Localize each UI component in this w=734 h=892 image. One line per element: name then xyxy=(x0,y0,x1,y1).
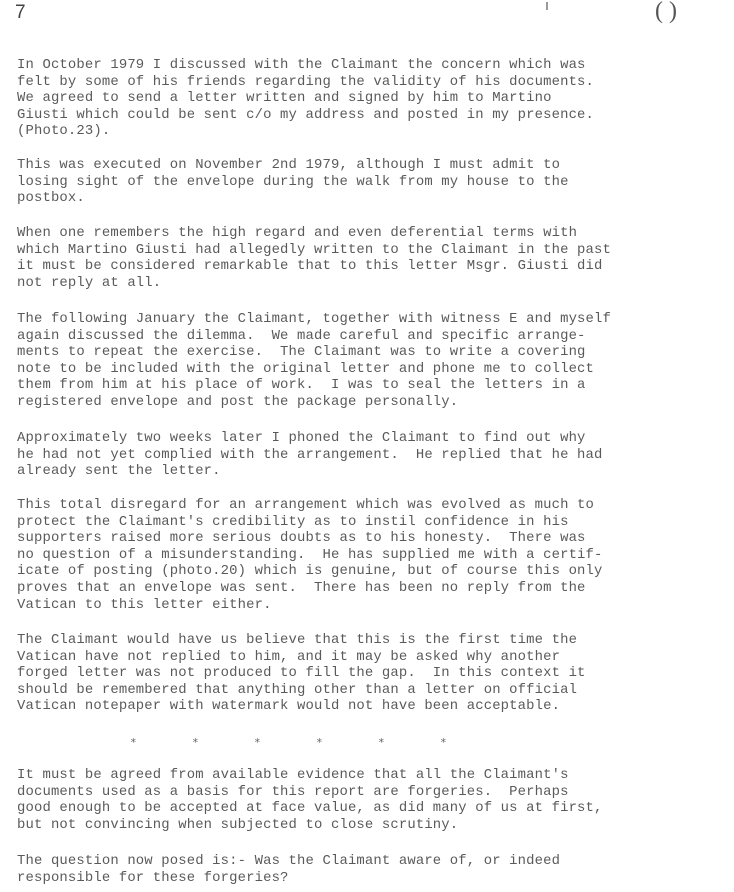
paragraph-total-disregard: This total disregard for an arrangement … xyxy=(17,497,603,613)
paragraph-following-january: The following January the Claimant, toge… xyxy=(17,311,611,411)
paragraph-vatican-not-replied: The Claimant would have us believe that … xyxy=(17,632,586,715)
paragraph-letter-to-giusti: In October 1979 I discussed with the Cla… xyxy=(17,57,594,140)
separator-star: * xyxy=(316,736,378,749)
separator-star: * xyxy=(378,736,440,749)
separator-star: * xyxy=(440,736,502,749)
separator-star: * xyxy=(192,736,254,749)
paragraph-two-weeks-later: Approximately two weeks later I phoned t… xyxy=(17,430,603,480)
paragraph-executed-november: This was executed on November 2nd 1979, … xyxy=(17,157,569,207)
typed-document-page: 7 () In October 1979 I discussed with th… xyxy=(0,0,734,892)
paragraph-forgeries-evidence: It must be agreed from available evidenc… xyxy=(17,767,603,833)
paragraph-question-posed: The question now posed is:- Was the Clai… xyxy=(17,853,560,886)
margin-mark xyxy=(546,2,548,10)
page-number: 7 xyxy=(15,2,26,24)
section-separator-stars: ****** xyxy=(130,736,502,749)
separator-star: * xyxy=(254,736,316,749)
paragraph-high-regard: When one remembers the high regard and e… xyxy=(17,225,611,291)
handwritten-bracket-mark: () xyxy=(655,0,683,25)
separator-star: * xyxy=(130,736,192,749)
